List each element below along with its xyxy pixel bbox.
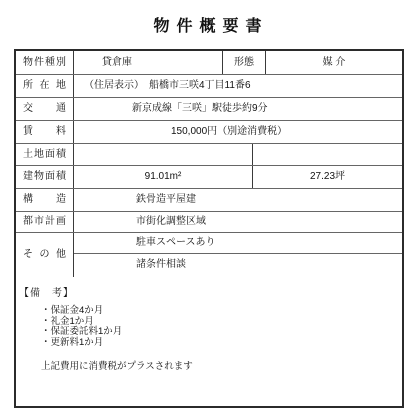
label-city-planning: 都市計画	[16, 212, 74, 232]
value-form: 媒 介	[266, 51, 402, 74]
label-other: その他	[16, 233, 74, 277]
value-other-2: 諸条件相談	[74, 254, 402, 277]
value-building-area-m2: 91.01m²	[74, 166, 253, 188]
label-structure: 構造	[16, 189, 74, 211]
remarks-item: ・更新料1か月	[41, 338, 402, 349]
value-structure: 鉄骨造平屋建	[74, 189, 402, 211]
row-address: 所在地 （住居表示） 船橋市三咲4丁目11番6	[16, 75, 402, 98]
property-summary-document: 物件概要書 物件種別 貸倉庫 形態 媒 介 所在地 （住居表示） 船橋市三咲4丁…	[0, 0, 415, 418]
remarks-list: ・保証金4か月 ・礼金1か月 ・保証委託料1か月 ・更新料1か月	[16, 306, 402, 348]
remarks-item: ・保証金4か月	[41, 306, 402, 317]
value-rent: 150,000円（別途消費税）	[74, 121, 402, 143]
row-other: その他 駐車スペースあり 諸条件相談	[16, 233, 402, 277]
remarks-item: ・保証委託料1か月	[41, 327, 402, 338]
row-building-area: 建物面積 91.01m² 27.23坪	[16, 166, 402, 189]
page-title: 物件概要書	[0, 13, 415, 36]
row-city-planning: 都市計画 市街化調整区域	[16, 212, 402, 233]
row-property-type: 物件種別 貸倉庫 形態 媒 介	[16, 51, 402, 75]
row-rent: 賃料 150,000円（別途消費税）	[16, 121, 402, 144]
value-transport: 新京成線「三咲」駅徒歩約9分	[74, 98, 402, 120]
remarks-header: 【備 考】	[16, 277, 402, 299]
value-property-type: 貸倉庫	[74, 51, 223, 74]
label-transport: 交通	[16, 98, 74, 120]
remarks-box: 【備 考】 ・保証金4か月 ・礼金1か月 ・保証委託料1か月 ・更新料1か月 上…	[14, 277, 404, 408]
value-land-area-m2	[74, 144, 253, 165]
value-land-area-tsubo	[253, 144, 402, 165]
remarks-note: 上記費用に消費税がプラスされます	[16, 358, 402, 372]
label-building-area: 建物面積	[16, 166, 74, 188]
label-property-type: 物件種別	[16, 51, 74, 74]
other-values: 駐車スペースあり 諸条件相談	[74, 233, 402, 277]
value-address: （住居表示） 船橋市三咲4丁目11番6	[74, 75, 402, 97]
row-structure: 構造 鉄骨造平屋建	[16, 189, 402, 212]
value-city-planning: 市街化調整区域	[74, 212, 402, 232]
value-building-area-tsubo: 27.23坪	[253, 166, 402, 188]
label-rent: 賃料	[16, 121, 74, 143]
label-form: 形態	[223, 51, 266, 74]
label-address: 所在地	[16, 75, 74, 97]
summary-table: 物件種別 貸倉庫 形態 媒 介 所在地 （住居表示） 船橋市三咲4丁目11番6 …	[14, 49, 404, 278]
row-land-area: 土地面積	[16, 144, 402, 166]
row-transport: 交通 新京成線「三咲」駅徒歩約9分	[16, 98, 402, 121]
value-other-1: 駐車スペースあり	[74, 233, 402, 254]
label-land-area: 土地面積	[16, 144, 74, 165]
